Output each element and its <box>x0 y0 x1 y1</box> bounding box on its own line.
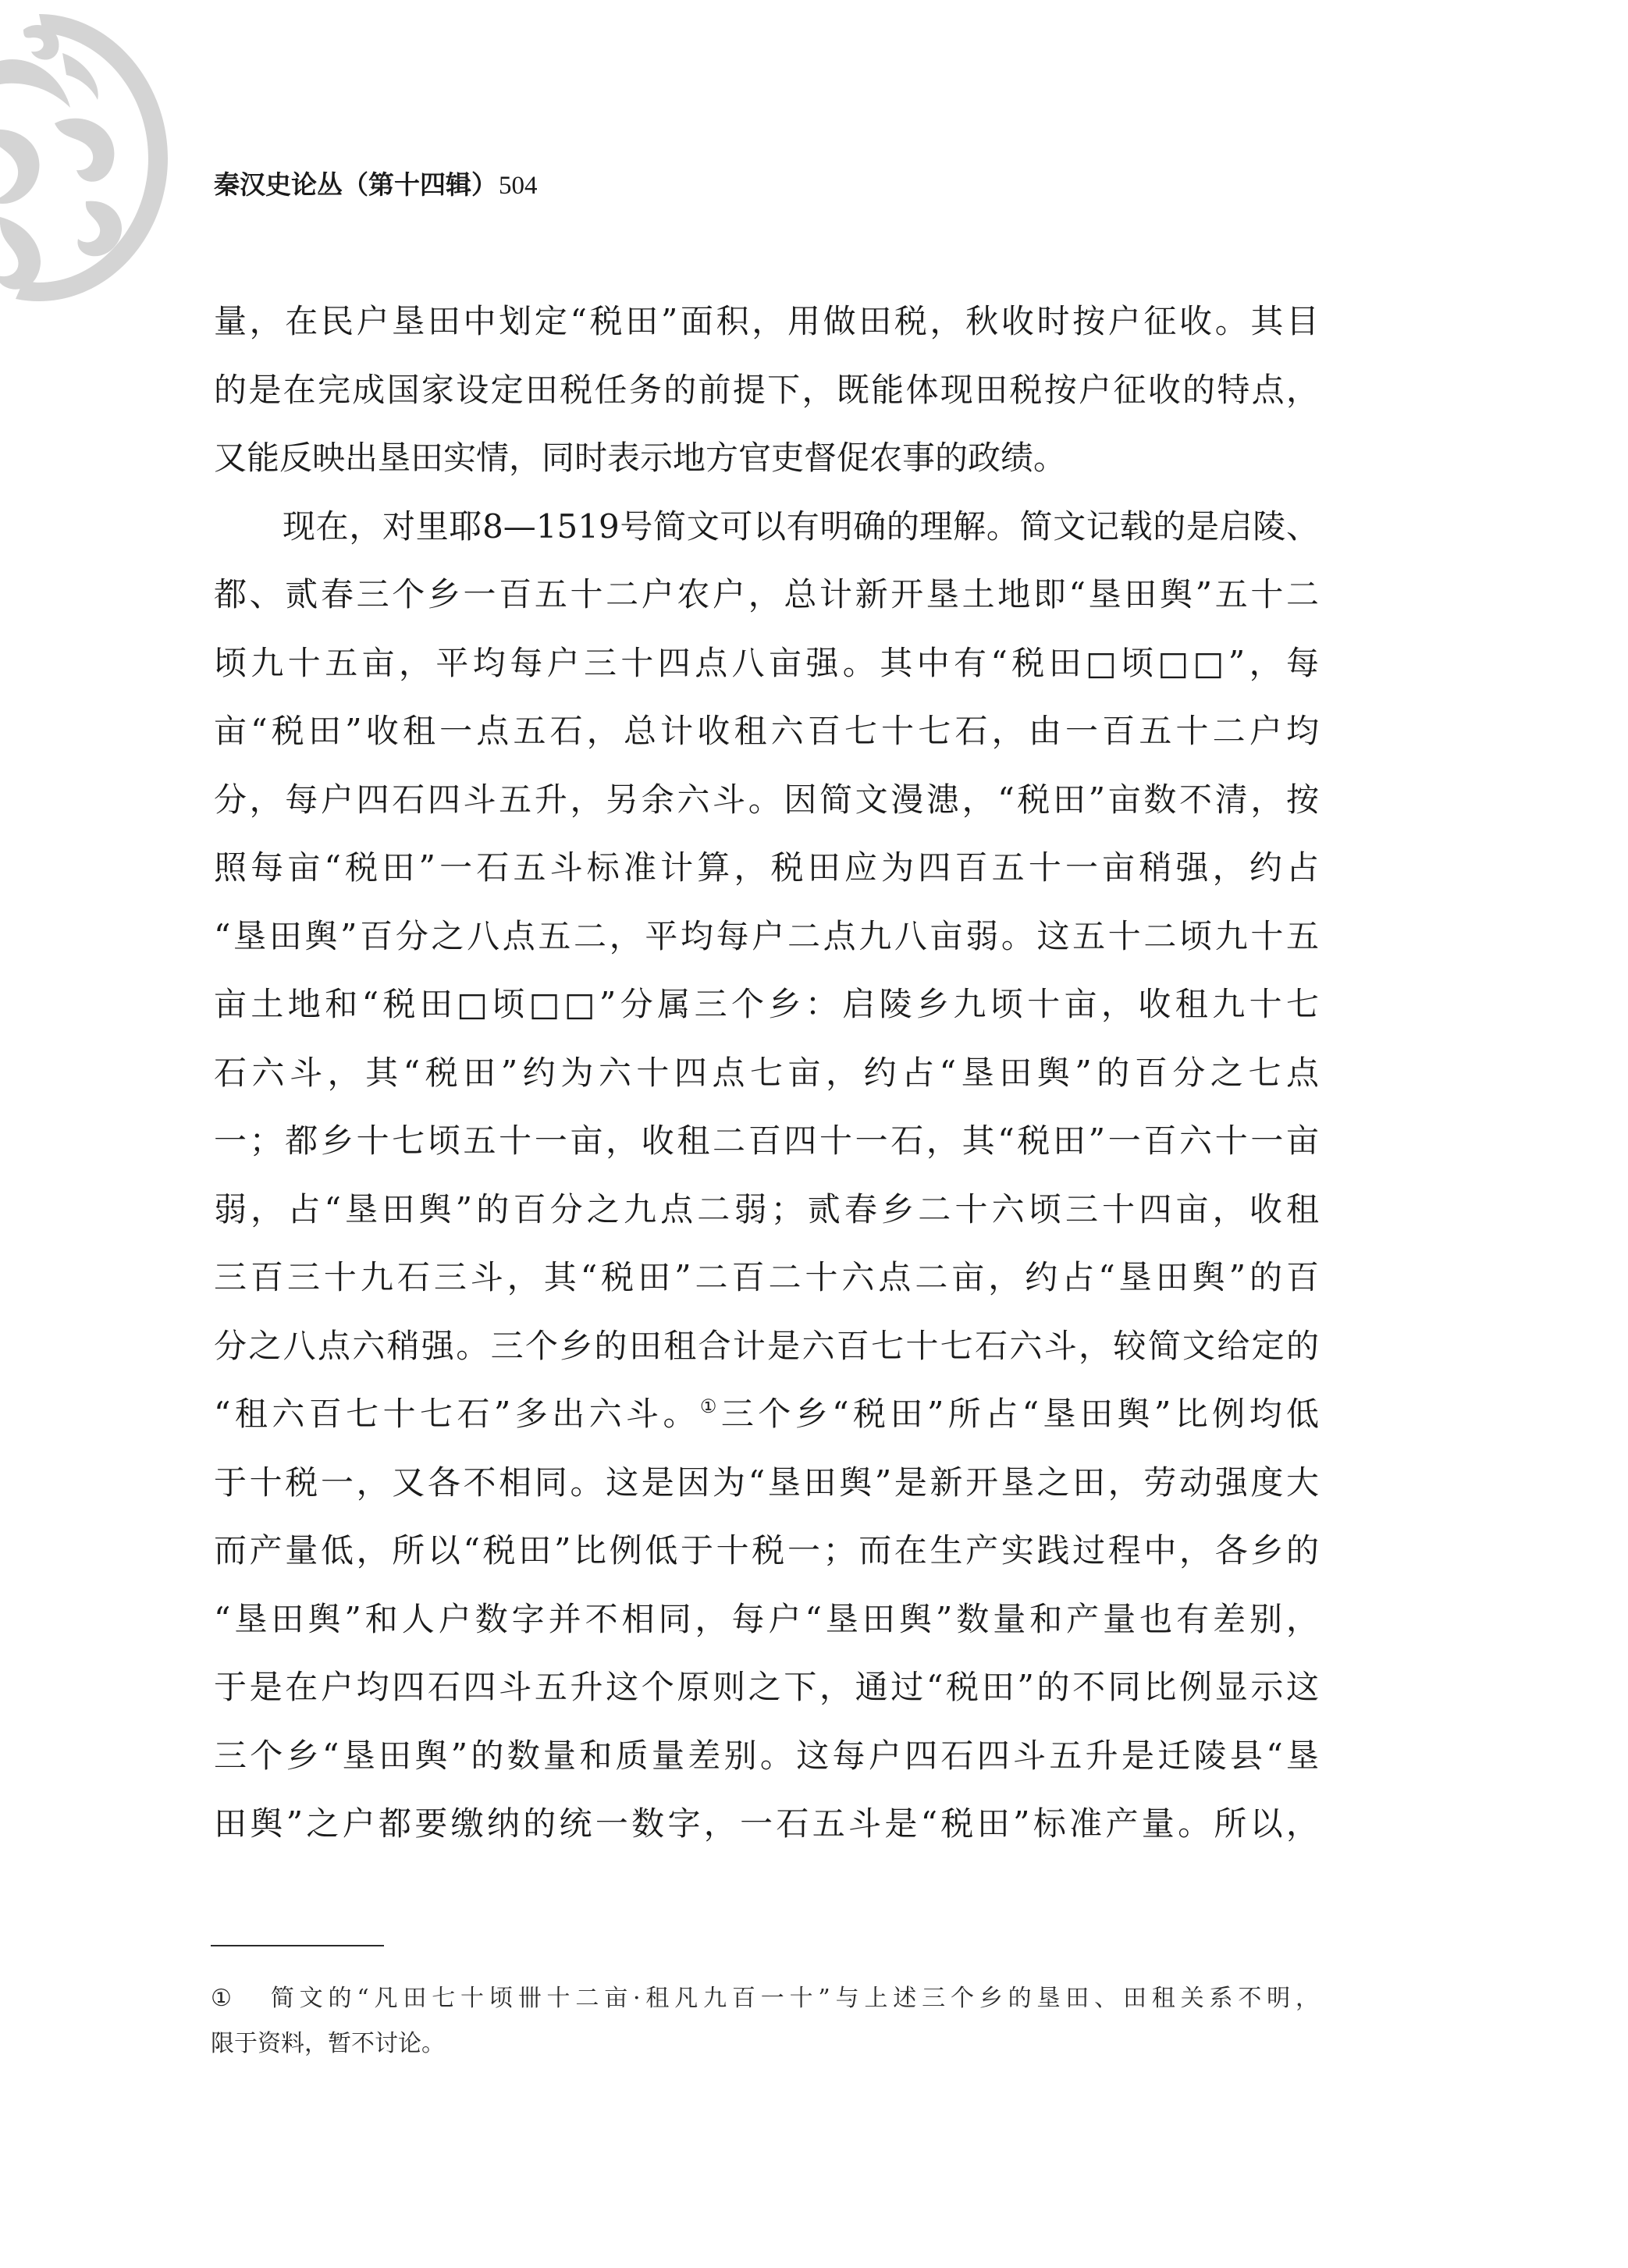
body-line: 分之八点六稍强。三个乡的田租合计是六百七十七石六斗，较简文给定的 <box>214 1312 1319 1381</box>
body-line: 田舆”之户都要缴纳的统一数字，一石五斗是“税田”标准产量。所以， <box>214 1790 1319 1858</box>
body-line: 三百三十九石三斗，其“税田”二百二十六点二亩，约占“垦田舆”的百 <box>214 1243 1319 1312</box>
footnote-ref[interactable]: ① <box>700 1395 721 1417</box>
body-line: 都、贰春三个乡一百五十二户农户，总计新开垦土地即“垦田舆”五十二 <box>214 560 1319 629</box>
body-line: 顷九十五亩，平均每户三十四点八亩强。其中有“税田□顷□□”，每 <box>214 629 1319 698</box>
footnote-divider <box>211 1945 384 1946</box>
body-line: 而产量低，所以“税田”比例低于十税一；而在生产实践过程中，各乡的 <box>214 1516 1319 1585</box>
page-number: 504 <box>499 172 538 200</box>
body-line: 亩“税田”收租一点五石，总计收租六百七十七石，由一百五十二户均 <box>214 697 1319 766</box>
footnote-marker: ① <box>211 1976 265 2021</box>
body-line: 分，每户四石四斗五升，另余六斗。因简文漫漶，“税田”亩数不清，按 <box>214 766 1319 834</box>
cloud-scroll-medallion-icon <box>0 6 176 307</box>
footnotes: ①简文的“凡田七十顷卌十二亩·租凡九百一十”与上述三个乡的垦田、田租关系不明， … <box>211 1976 1319 2067</box>
body-line-with-note: “租六百七十七石”多出六斗。①三个乡“税田”所占“垦田舆”比例均低 <box>214 1380 1319 1449</box>
body-line: 的是在完成国家设定田税任务的前提下，既能体现田税按户征收的特点， <box>214 356 1319 425</box>
footnote-text: 简文的“凡田七十顷卌十二亩·租凡九百一十”与上述三个乡的垦田、田租关系不明， <box>265 1985 1319 2012</box>
body-line: 照每亩“税田”一石五斗标准计算，税田应为四百五十一亩稍强，约占 <box>214 834 1319 902</box>
footnote-line: 限于资料，暂不讨论。 <box>211 2021 1319 2067</box>
body-line-paragraph-start: 现在，对里耶8—1519号简文可以有明确的理解。简文记载的是启陵、 <box>214 492 1319 561</box>
body-line: 于是在户均四石四斗五升这个原则之下，通过“税田”的不同比例显示这 <box>214 1653 1319 1722</box>
body-line-part: “租六百七十七石”多出六斗。 <box>214 1395 700 1433</box>
body-line: “垦田舆”和人户数字并不相同，每户“垦田舆”数量和产量也有差别， <box>214 1585 1319 1654</box>
journal-title: 秦汉史论丛（第十四辑） <box>214 172 497 200</box>
body-line: 一；都乡十七顷五十一亩，收租二百四十一石，其“税田”一百六十一亩 <box>214 1107 1319 1175</box>
body-line: 于十税一，又各不相同。这是因为“垦田舆”是新开垦之田，劳动强度大 <box>214 1449 1319 1517</box>
running-header: 秦汉史论丛（第十四辑）504 <box>214 170 538 201</box>
body-line: 又能反映出垦田实情，同时表示地方官吏督促农事的政绩。 <box>214 424 1319 492</box>
body-line: 亩土地和“税田□顷□□”分属三个乡：启陵乡九顷十亩，收租九十七 <box>214 970 1319 1039</box>
footnote-line: ①简文的“凡田七十顷卌十二亩·租凡九百一十”与上述三个乡的垦田、田租关系不明， <box>211 1976 1319 2021</box>
body-line-part: 三个乡“税田”所占“垦田舆”比例均低 <box>721 1395 1319 1433</box>
body-text: 量，在民户垦田中划定“税田”面积，用做田税，秋收时按户征收。其目 的是在完成国家… <box>214 287 1319 1858</box>
body-line: 弱，占“垦田舆”的百分之九点二弱；贰春乡二十六顷三十四亩，收租 <box>214 1175 1319 1244</box>
body-line: 三个乡“垦田舆”的数量和质量差别。这每户四石四斗五升是迁陵县“垦 <box>214 1722 1319 1790</box>
body-line: 石六斗，其“税田”约为六十四点七亩，约占“垦田舆”的百分之七点 <box>214 1039 1319 1107</box>
body-line: “垦田舆”百分之八点五二，平均每户二点九八亩弱。这五十二顷九十五 <box>214 902 1319 971</box>
body-line: 量，在民户垦田中划定“税田”面积，用做田税，秋收时按户征收。其目 <box>214 287 1319 356</box>
